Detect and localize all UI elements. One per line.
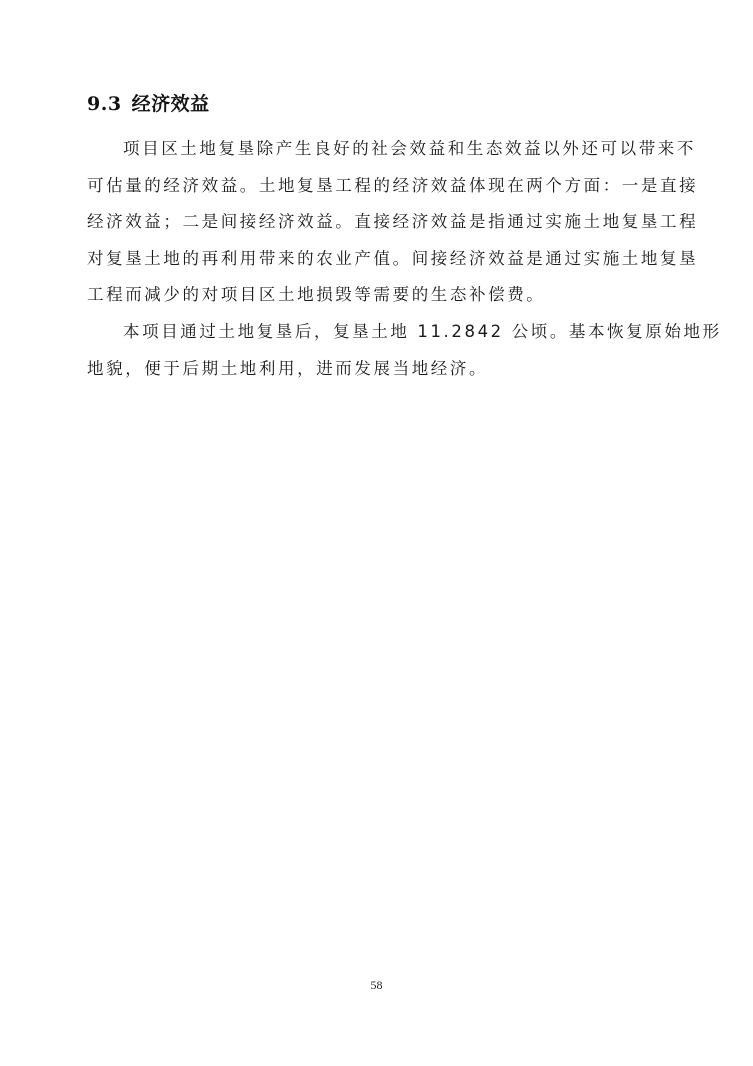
paragraph-reclamation-result: 本项目通过土地复垦后，复垦土地 11.2842 公顷。基本恢复原始地形 地貌，便… [87,314,667,387]
section-title: 经济效益 [132,93,210,115]
paragraph-economic-benefits: 项目区土地复垦除产生良好的社会效益和生态效益以外还可以带来不 可估量的经济效益。… [87,131,667,314]
paragraph-line: 地貌，便于后期土地利用，进而发展当地经济。 [87,351,667,388]
document-page: 9.3经济效益 项目区土地复垦除产生良好的社会效益和生态效益以外还可以带来不 可… [0,0,753,1066]
paragraph-line: 工程而减少的对项目区土地损毁等需要的生态补偿费。 [87,277,667,314]
section-number: 9.3 [87,93,122,115]
paragraph-line: 经济效益；二是间接经济效益。直接经济效益是指通过实施土地复垦工程 [87,204,667,241]
section-heading: 9.3经济效益 [87,89,210,116]
paragraph-line: 对复垦土地的再利用带来的农业产值。间接经济效益是通过实施土地复垦 [87,241,667,278]
paragraph-line: 本项目通过土地复垦后，复垦土地 11.2842 公顷。基本恢复原始地形 [87,314,667,351]
page-number: 58 [0,978,753,993]
paragraph-line: 可估量的经济效益。土地复垦工程的经济效益体现在两个方面：一是直接 [87,168,667,205]
paragraph-line: 项目区土地复垦除产生良好的社会效益和生态效益以外还可以带来不 [87,131,667,168]
